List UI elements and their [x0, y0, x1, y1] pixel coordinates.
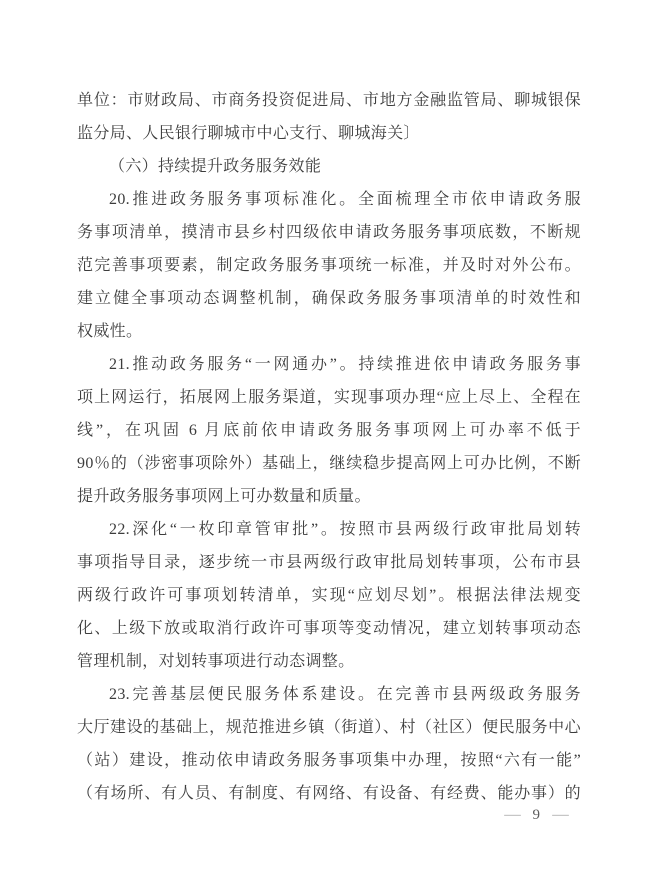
text-line: 事项指导目录，逐步统一市县两级行政审批局划转事项，公布市县 — [77, 546, 581, 579]
document-page: 单位：市财政局、市商务投资促进局、市地方金融监管局、聊城银保监分局、人民银行聊城… — [0, 0, 658, 883]
footer-dash-left: — — [504, 805, 521, 825]
text-line: 建立健全事项动态调整机制，确保政务服务事项清单的时效性和 — [77, 282, 581, 315]
text-line: 21.推动政务服务“一网通办”。持续推进依申请政务服务事 — [77, 348, 581, 381]
text-line: 管理机制，对划转事项进行动态调整。 — [77, 645, 581, 678]
text-line: （站）建设，推动依申请政务服务事项集中办理，按照“六有一能” — [77, 744, 581, 777]
text-line: 项上网运行，拓展网上服务渠道，实现事项办理“应上尽上、全程在 — [77, 381, 581, 414]
text-line: 20.推进政务服务事项标准化。全面梳理全市依申请政务服 — [77, 183, 581, 216]
footer-dash-right: — — [552, 805, 569, 825]
text-line: 单位：市财政局、市商务投资促进局、市地方金融监管局、聊城银保 — [77, 84, 581, 117]
text-line: 线”，在巩固 6 月底前依申请政务服务事项网上可办率不低于 — [77, 414, 581, 447]
text-line: 化、上级下放或取消行政许可事项等变动情况，建立划转事项动态 — [77, 612, 581, 645]
document-body: 单位：市财政局、市商务投资促进局、市地方金融监管局、聊城银保监分局、人民银行聊城… — [77, 84, 581, 810]
text-line: 提升政务服务事项网上可办数量和质量。 — [77, 480, 581, 513]
item-22: 22.深化“一枚印章管审批”。按照市县两级行政审批局划转事项指导目录，逐步统一市… — [77, 513, 581, 678]
text-line: 大厅建设的基础上，规范推进乡镇（街道）、村（社区）便民服务中心 — [77, 711, 581, 744]
text-line: 22.深化“一枚印章管审批”。按照市县两级行政审批局划转 — [77, 513, 581, 546]
text-line: 监分局、人民银行聊城市中心支行、聊城海关〕 — [77, 117, 581, 150]
page-number: 9 — [533, 805, 541, 825]
text-line: 两级行政许可事项划转清单，实现“应划尽划”。根据法律法规变 — [77, 579, 581, 612]
text-line: 务事项清单，摸清市县乡村四级依申请政务服务事项底数，不断规 — [77, 216, 581, 249]
text-line: 范完善事项要素，制定政务服务事项统一标准，并及时对外公布。 — [77, 249, 581, 282]
page-footer: — 9 — — [505, 805, 569, 825]
item-20: 20.推进政务服务事项标准化。全面梳理全市依申请政务服务事项清单，摸清市县乡村四… — [77, 183, 581, 348]
text-line: （六）持续提升政务服务效能 — [77, 150, 581, 183]
item-21: 21.推动政务服务“一网通办”。持续推进依申请政务服务事项上网运行，拓展网上服务… — [77, 348, 581, 513]
section-6-heading: （六）持续提升政务服务效能 — [77, 150, 581, 183]
text-line: 23.完善基层便民服务体系建设。在完善市县两级政务服务 — [77, 678, 581, 711]
continued-unit-list: 单位：市财政局、市商务投资促进局、市地方金融监管局、聊城银保监分局、人民银行聊城… — [77, 84, 581, 150]
item-23: 23.完善基层便民服务体系建设。在完善市县两级政务服务大厅建设的基础上，规范推进… — [77, 678, 581, 810]
text-line: 权威性。 — [77, 315, 581, 348]
text-line: 90％的（涉密事项除外）基础上，继续稳步提高网上可办比例，不断 — [77, 447, 581, 480]
